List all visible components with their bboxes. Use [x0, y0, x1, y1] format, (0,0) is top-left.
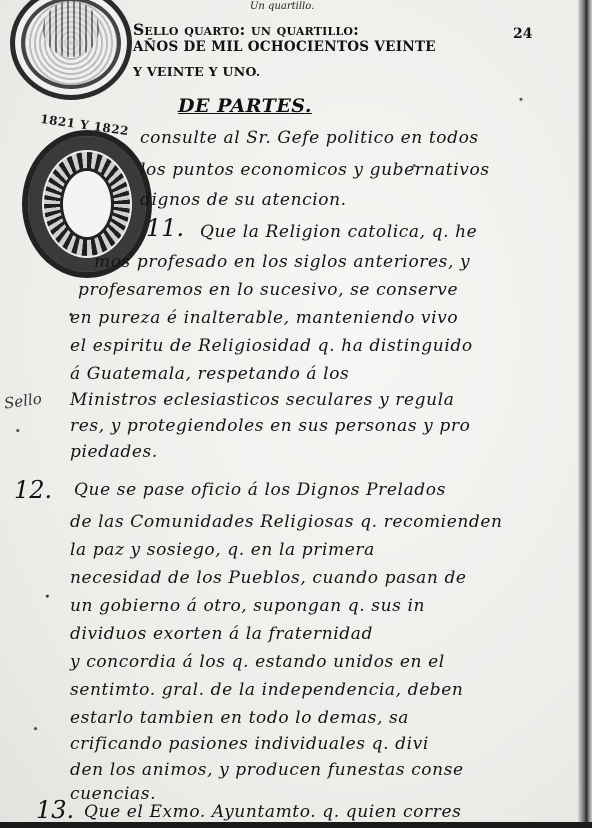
seal-emblem-icon: [43, 1, 99, 57]
page-bottom-edge: [0, 822, 592, 828]
page-binding-edge: [578, 0, 592, 828]
margin-note: Sello: [3, 389, 43, 412]
manuscript-line: Ministros eclesiasticos seculares y regu…: [70, 390, 454, 410]
manuscript-line: mos profesado en los siglos anteriores, …: [94, 252, 470, 272]
manuscript-line: en pureza é inalterable, manteniendo viv…: [70, 308, 458, 328]
manuscript-line: de las Comunidades Religiosas q. recomie…: [70, 512, 503, 532]
paragraph-number: 12.: [14, 476, 52, 504]
coat-of-arms-seal: [10, 0, 132, 100]
manuscript-line: estarlo tambien en todo lo demas, sa: [70, 708, 409, 728]
stamp-header-line-2: AÑOS DE MIL OCHOCIENTOS VEINTE: [133, 39, 436, 55]
manuscript-line: dignos de su atencion.: [140, 190, 347, 210]
manuscript-line: á Guatemala, respetando á los: [70, 364, 349, 384]
seal-oval-icon: [60, 168, 114, 240]
paragraph-number: 11.: [146, 214, 184, 242]
manuscript-line: el espiritu de Religiosidad q. ha distin…: [70, 336, 473, 356]
manuscript-line: crificando pasiones individuales q. divi: [70, 734, 429, 754]
manuscript-line: den los animos, y producen funestas cons…: [70, 760, 464, 780]
manuscript-line: Que se pase oficio á los Dignos Prelados: [74, 480, 446, 500]
manuscript-line: la paz y sosiego, q. en la primera: [70, 540, 375, 560]
manuscript-line: un gobierno á otro, supongan q. sus in: [70, 596, 425, 616]
paragraph-number: 13.: [36, 796, 74, 824]
stamp-header-line-1: Sello quarto: un quartillo:: [133, 20, 359, 39]
manuscript-line: res, y protegiendoles en sus personas y …: [70, 416, 470, 436]
stamp-header-line-3: Y VEINTE Y UNO.: [133, 64, 261, 79]
stamp-value-note: Un quartillo.: [250, 1, 314, 12]
manuscript-line: profesaremos en lo sucesivo, se conserve: [78, 280, 458, 300]
document-page: Un quartillo. Sello quarto: un quartillo…: [0, 0, 592, 828]
manuscript-line: dividuos exorten á la fraternidad: [70, 624, 373, 644]
section-title: DE PARTES.: [178, 95, 312, 117]
manuscript-line: Que el Exmo. Ayuntamto. q. quien corres: [84, 802, 461, 822]
manuscript-line: piedades.: [70, 442, 158, 462]
manuscript-line: los puntos economicos y gubernativos: [140, 160, 490, 180]
manuscript-line: consulte al Sr. Gefe politico en todos: [140, 128, 479, 148]
manuscript-line: cuencias.: [70, 784, 156, 804]
manuscript-line: Que la Religion catolica, q. he: [200, 222, 477, 242]
manuscript-line: necesidad de los Pueblos, cuando pasan d…: [70, 568, 467, 588]
page-number: 24: [513, 26, 532, 42]
manuscript-line: y concordia á los q. estando unidos en e…: [70, 652, 445, 672]
manuscript-line: sentimto. gral. de la independencia, deb…: [70, 680, 463, 700]
